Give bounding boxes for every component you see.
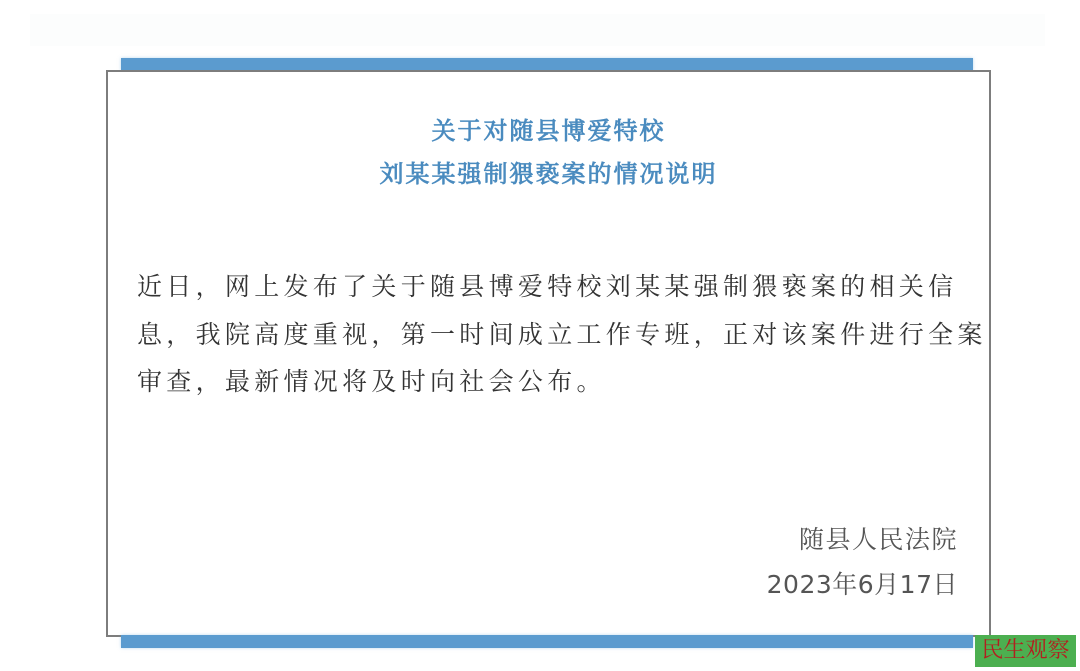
notice-body-line: 审查，最新情况将及时向社会公布。 — [137, 358, 963, 406]
notice-card: 关于对随县博爱特校 刘某某强制猥亵案的情况说明 近日，网上发布了关于随县博爱特校… — [106, 70, 991, 637]
notice-body-line: 息，我院高度重视，第一时间成立工作专班，正对该案件进行全案 — [137, 311, 963, 359]
notice-title-line-1: 关于对随县博爱特校 — [108, 116, 989, 146]
issue-date: 2023年6月17日 — [767, 565, 958, 601]
watermark-badge: 民生观察 — [975, 635, 1076, 667]
bottom-accent-bar — [121, 635, 973, 648]
issuer-signature: 随县人民法院 — [799, 520, 958, 556]
background-haze — [30, 14, 1045, 46]
notice-body-line: 近日，网上发布了关于随县博爱特校刘某某强制猥亵案的相关信 — [137, 263, 963, 311]
notice-body: 近日，网上发布了关于随县博爱特校刘某某强制猥亵案的相关信 息，我院高度重视，第一… — [137, 263, 963, 406]
notice-title-line-2: 刘某某强制猥亵案的情况说明 — [108, 159, 989, 189]
